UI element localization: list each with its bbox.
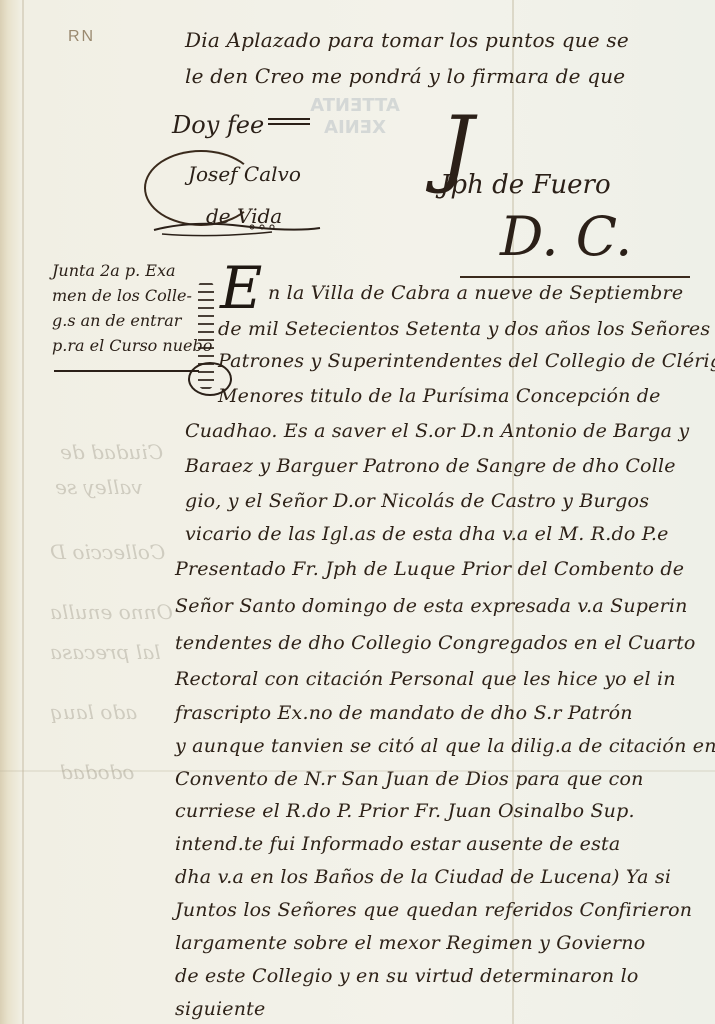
header-line-2: le den Creo me pondrá y lo firmara de qu…: [185, 64, 625, 88]
margin-note-line: p.ra el Curso nuebo: [52, 333, 202, 358]
body-line: siguiente: [175, 998, 265, 1020]
body-line: y aunque tanvien se citó al que la dilig…: [175, 735, 715, 757]
body-line: Señor Santo domingo de esta expresada v.…: [175, 595, 688, 617]
page-edge: [22, 0, 24, 1024]
body-line: tendentes de dho Collegio Congregados en…: [175, 632, 696, 654]
bleed-through-text: ododad: [60, 760, 134, 784]
body-line: gio, y el Señor D.or Nicolás de Castro y…: [185, 490, 649, 512]
body-line: Rectoral con citación Personal que les h…: [175, 668, 676, 690]
body-line: Presentado Fr. Jph de Luque Prior del Co…: [175, 558, 684, 580]
bleed-through-text: Ciudad de: [60, 440, 163, 464]
bleed-through-text: Colleccio D: [50, 540, 165, 564]
rubric-flourish-icon: [152, 218, 322, 240]
bleed-through-text: valley se: [55, 475, 143, 499]
signature-right-name: Jph de Fuero: [440, 170, 611, 200]
bleed-through-stamp: ATTENTAXENIA: [270, 95, 440, 165]
signature-underline: [460, 276, 690, 278]
body-line: largamente sobre el mexor Regimen y Govi…: [175, 932, 645, 954]
body-line: de este Collegio y en su virtud determin…: [175, 965, 638, 987]
bleed-through-text: Onno enulla: [50, 600, 173, 624]
body-line: vicario de las Igl.as de esta dha v.a el…: [185, 523, 669, 545]
body-line: de mil Setecientos Setenta y dos años lo…: [218, 318, 710, 340]
body-line: Patrones y Superintendentes del Collegio…: [218, 350, 715, 372]
margin-note: Junta 2a p. Exa men de los Colle- g.s an…: [52, 258, 202, 358]
pencil-folio-mark: RN: [68, 28, 95, 46]
body-line: intend.te fui Informado estar ausente de…: [175, 833, 620, 855]
body-opening-line: n la Villa de Cabra a nueve de Septiembr…: [268, 282, 683, 304]
drop-cap-E: E: [220, 254, 262, 322]
bleed-through-text: ado lauq: [50, 700, 137, 724]
body-line: Cuadhao. Es a saver el S.or D.n Antonio …: [185, 420, 689, 442]
bleed-through-text: lal precasa: [50, 640, 161, 664]
attestation-doy-fee: Doy fee: [172, 111, 264, 139]
body-line: dha v.a en los Baños de la Ciudad de Luc…: [175, 866, 671, 888]
margin-note-line: Junta 2a p. Exa: [52, 258, 202, 283]
margin-note-line: men de los Colle-: [52, 283, 202, 308]
margin-note-line: g.s an de entrar: [52, 308, 202, 333]
margin-note-underline: [54, 370, 199, 372]
body-line: Baraez y Barguer Patrono de Sangre de dh…: [185, 455, 676, 477]
signature-right-rubric: D. C.: [500, 205, 632, 268]
manuscript-page: Ciudad de valley se Colleccio D Onno enu…: [0, 0, 715, 1024]
body-line: Menores titulo de la Purísima Concepción…: [218, 385, 661, 407]
signature-left-line1: Josef Calvo: [188, 162, 301, 186]
body-line: curriese el R.do P. Prior Fr. Juan Osina…: [175, 800, 635, 822]
header-line-1: Dia Aplazado para tomar los puntos que s…: [185, 28, 629, 52]
body-line: Convento de N.r San Juan de Dios para qu…: [175, 768, 644, 790]
attestation-rule: [268, 118, 310, 125]
body-line: Juntos los Señores que quedan referidos …: [175, 899, 692, 921]
body-line: frascripto Ex.no de mandato de dho S.r P…: [175, 702, 633, 724]
